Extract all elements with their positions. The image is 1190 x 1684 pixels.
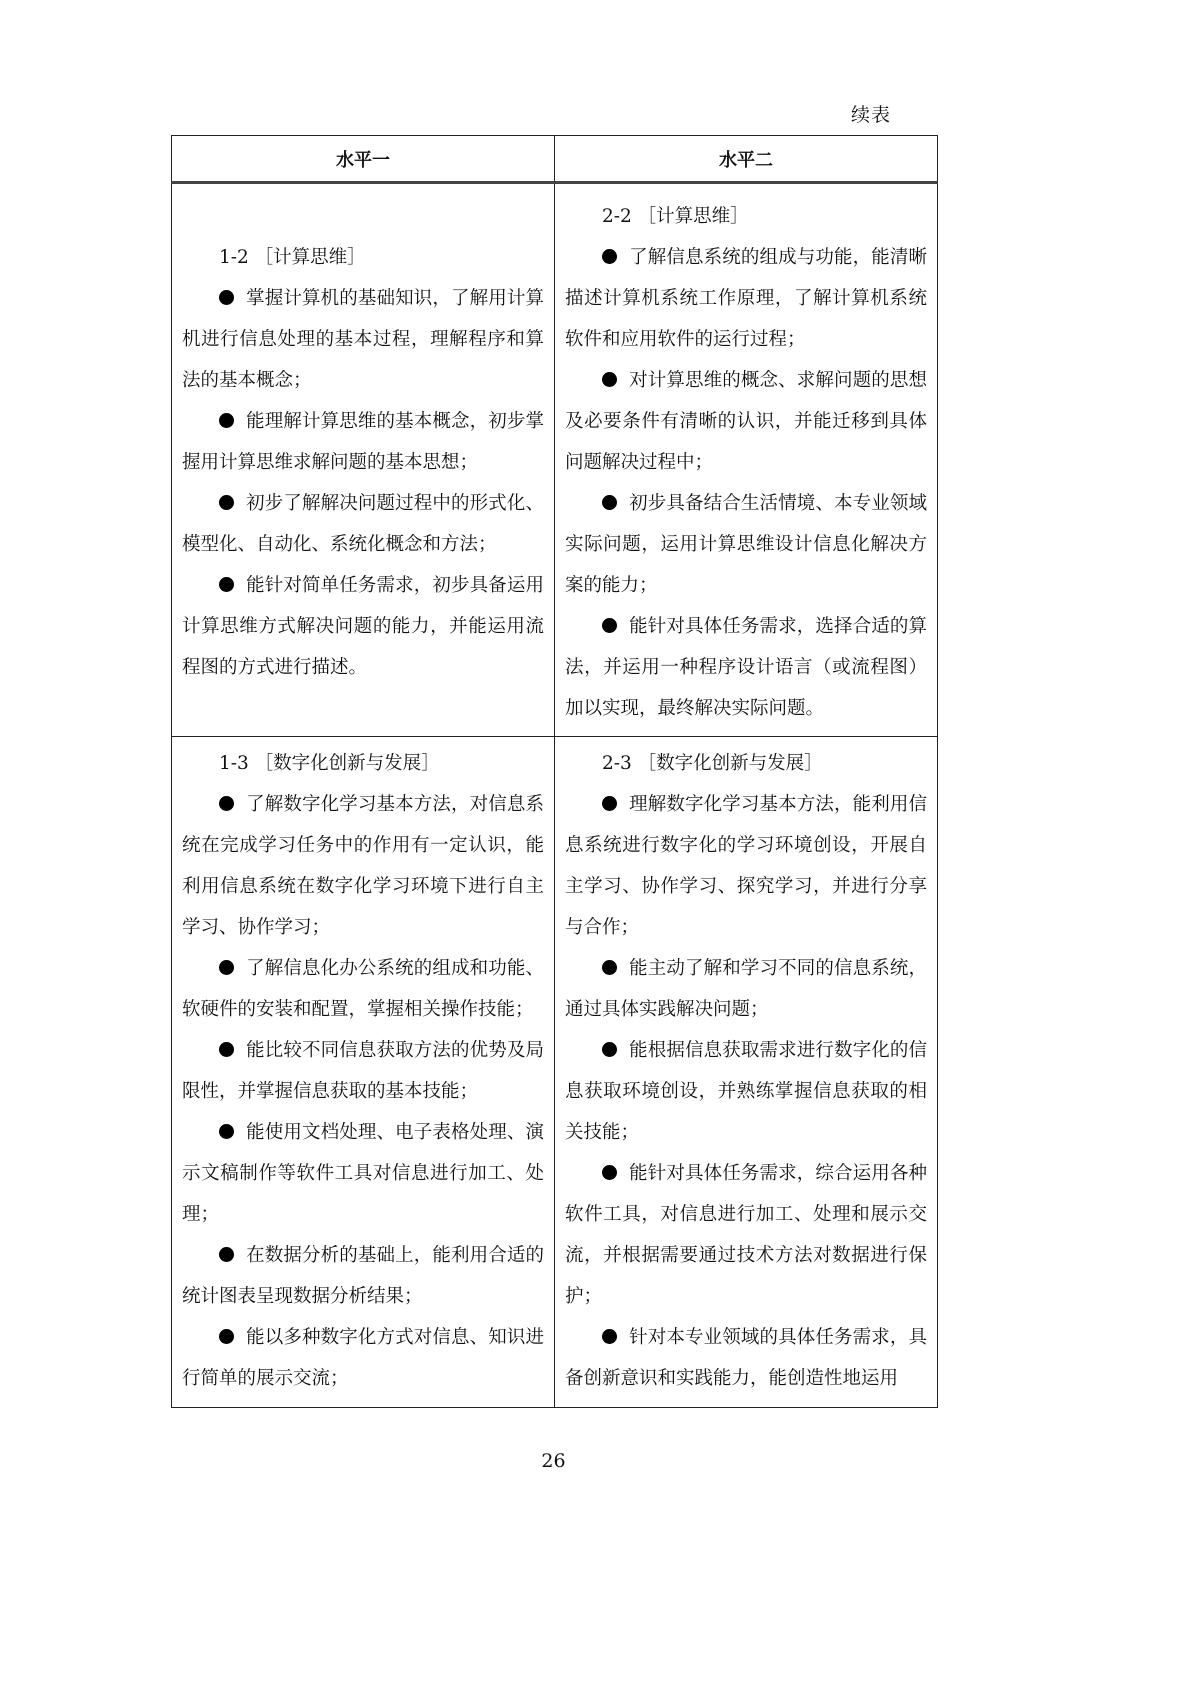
list-item: 能针对具体任务需求，选择合适的算法，并运用一种程序设计语言（或流程图）加以实现，…: [565, 606, 927, 729]
cell-level-two-digital-innovation: 2-3 ［数字化创新与发展］ 理解数字化学习基本方法，能利用信息系统进行数字化的…: [555, 737, 938, 1408]
bullet-icon: [602, 1165, 617, 1180]
list-item: 对计算思维的概念、求解问题的思想及必要条件有清晰的认识，并能迁移到具体问题解决过…: [565, 360, 927, 483]
section-title: 2-2 ［计算思维］: [565, 196, 927, 237]
header-level-one: 水平一: [172, 136, 555, 183]
bullet-icon: [219, 1247, 234, 1262]
list-item: 在数据分析的基础上，能利用合适的统计图表呈现数据分析结果；: [182, 1235, 544, 1317]
list-item: 了解信息化办公系统的组成和功能、软硬件的安装和配置，掌握相关操作技能；: [182, 948, 544, 1030]
section-title: 1-3 ［数字化创新与发展］: [182, 743, 544, 784]
bullet-icon: [219, 1329, 234, 1344]
list-item: 能针对具体任务需求，综合运用各种软件工具，对信息进行加工、处理和展示交流，并根据…: [565, 1153, 927, 1317]
cell-level-two-computational-thinking: 2-2 ［计算思维］ 了解信息系统的组成与功能，能清晰描述计算机系统工作原理，了…: [555, 183, 938, 737]
competency-levels-table: 水平一 水平二 1-2 ［计算思维］ 掌握计算机的基础知识，了解用计算机进行信息…: [171, 135, 938, 1408]
header-level-two: 水平二: [555, 136, 938, 183]
cell-level-one-computational-thinking: 1-2 ［计算思维］ 掌握计算机的基础知识，了解用计算机进行信息处理的基本过程，…: [172, 183, 555, 737]
section-title: 1-2 ［计算思维］: [182, 237, 544, 278]
bullet-icon: [602, 618, 617, 633]
bullet-icon: [219, 960, 234, 975]
bullet-icon: [219, 290, 234, 305]
page-number: 26: [0, 1450, 1107, 1472]
list-item: 能根据信息获取需求进行数字化的信息获取环境创设，并熟练掌握信息获取的相关技能；: [565, 1030, 927, 1153]
bullet-icon: [602, 1329, 617, 1344]
table-row-digital-innovation: 1-3 ［数字化创新与发展］ 了解数字化学习基本方法，对信息系统在完成学习任务中…: [172, 737, 938, 1408]
list-item: 能使用文档处理、电子表格处理、演示文稿制作等软件工具对信息进行加工、处理；: [182, 1112, 544, 1235]
list-item: 初步了解解决问题过程中的形式化、模型化、自动化、系统化概念和方法；: [182, 483, 544, 565]
bullet-icon: [219, 796, 234, 811]
bullet-icon: [602, 1042, 617, 1057]
bullet-icon: [219, 1042, 234, 1057]
list-item: 了解数字化学习基本方法，对信息系统在完成学习任务中的作用有一定认识，能利用信息系…: [182, 784, 544, 948]
list-item: 了解信息系统的组成与功能，能清晰描述计算机系统工作原理，了解计算机系统软件和应用…: [565, 237, 927, 360]
list-item: 理解数字化学习基本方法，能利用信息系统进行数字化的学习环境创设，开展自主学习、协…: [565, 784, 927, 948]
bullet-icon: [602, 495, 617, 510]
list-item: 能理解计算思维的基本概念，初步掌握用计算思维求解问题的基本思想；: [182, 401, 544, 483]
list-item: 能比较不同信息获取方法的优势及局限性，并掌握信息获取的基本技能；: [182, 1030, 544, 1112]
bullet-icon: [219, 495, 234, 510]
list-item: 能主动了解和学习不同的信息系统，通过具体实践解决问题；: [565, 948, 927, 1030]
bullet-icon: [602, 372, 617, 387]
bullet-icon: [602, 796, 617, 811]
cell-level-one-digital-innovation: 1-3 ［数字化创新与发展］ 了解数字化学习基本方法，对信息系统在完成学习任务中…: [172, 737, 555, 1408]
bullet-icon: [602, 960, 617, 975]
list-item: 掌握计算机的基础知识，了解用计算机进行信息处理的基本过程，理解程序和算法的基本概…: [182, 278, 544, 401]
bullet-icon: [219, 577, 234, 592]
section-title: 2-3 ［数字化创新与发展］: [565, 743, 927, 784]
list-item: 针对本专业领域的具体任务需求，具备创新意识和实践能力，能创造性地运用: [565, 1317, 927, 1399]
continued-table-label: 续表: [851, 100, 891, 127]
bullet-icon: [602, 249, 617, 264]
list-item: 能针对简单任务需求，初步具备运用计算思维方式解决问题的能力，并能运用流程图的方式…: [182, 565, 544, 688]
bullet-icon: [219, 1124, 234, 1139]
bullet-icon: [219, 413, 234, 428]
table-header-row: 水平一 水平二: [172, 136, 938, 183]
list-item: 初步具备结合生活情境、本专业领域实际问题，运用计算思维设计信息化解决方案的能力；: [565, 483, 927, 606]
table-row-computational-thinking: 1-2 ［计算思维］ 掌握计算机的基础知识，了解用计算机进行信息处理的基本过程，…: [172, 183, 938, 737]
list-item: 能以多种数字化方式对信息、知识进行简单的展示交流；: [182, 1317, 544, 1399]
